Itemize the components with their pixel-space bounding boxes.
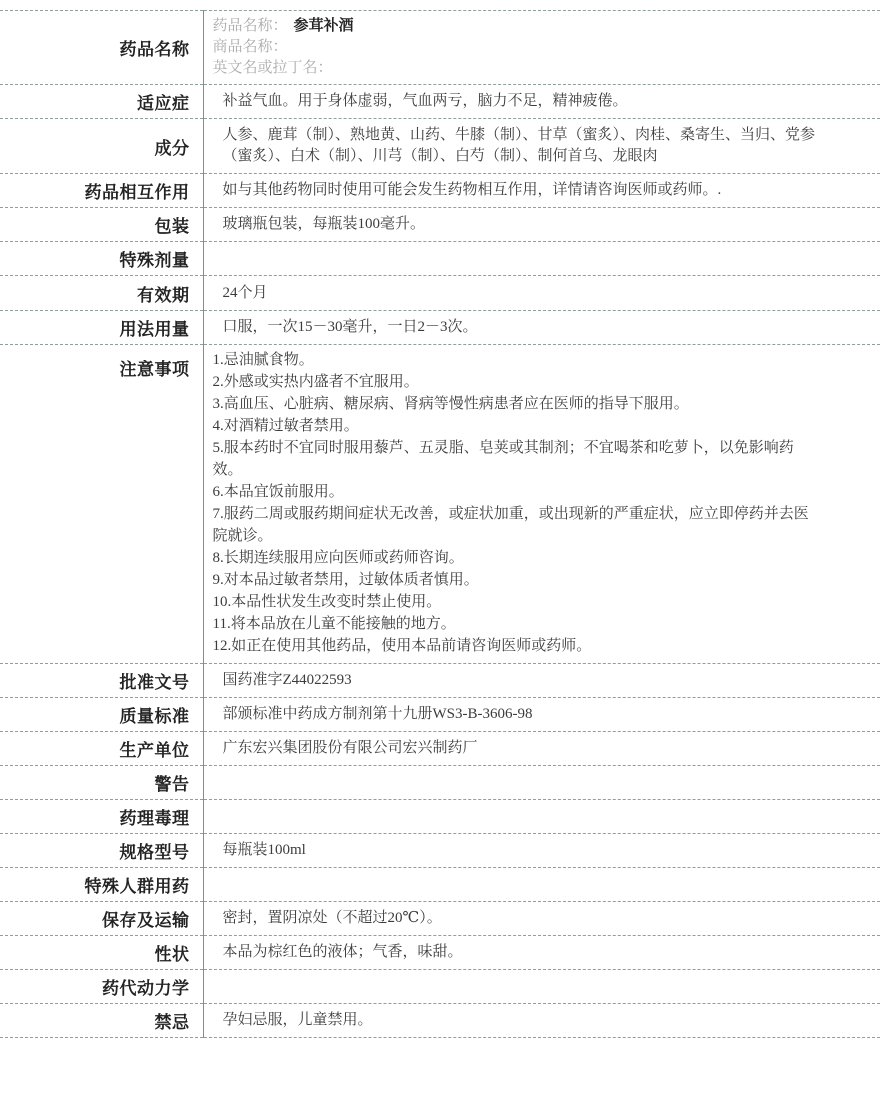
precaution-item: 6.本品宜饭前服用。	[213, 481, 813, 503]
drug-name-value: 药品名称：参茸补酒 商品名称： 英文名或拉丁名：	[203, 11, 880, 85]
precaution-item: 8.长期连续服用应向医师或药师咨询。	[213, 547, 813, 569]
row-storage-transport: 保存及运输 密封，置阴凉处（不超过20℃）。	[0, 902, 880, 936]
row-shelf-life: 有效期 24个月	[0, 276, 880, 311]
row-ingredients: 成分 人参、鹿茸（制）、熟地黄、山药、牛膝（制）、甘草（蜜炙）、肉桂、桑寄生、当…	[0, 119, 880, 174]
row-quality-standard: 质量标准 部颁标准中药成方制剂第十九册WS3-B-3606-98	[0, 698, 880, 732]
ingredients-label: 成分	[0, 119, 203, 174]
specification-label: 规格型号	[0, 834, 203, 868]
row-packaging: 包装 玻璃瓶包装，每瓶装100毫升。	[0, 208, 880, 242]
packaging-label: 包装	[0, 208, 203, 242]
row-drug-name: 药品名称 药品名称：参茸补酒 商品名称： 英文名或拉丁名：	[0, 11, 880, 85]
latin-name-text	[333, 60, 339, 76]
indications-value: 补益气血。用于身体虚弱，气血两亏，脑力不足，精神疲倦。	[203, 85, 880, 119]
warning-label: 警告	[0, 766, 203, 800]
row-manufacturer: 生产单位 广东宏兴集团股份有限公司宏兴制药厂	[0, 732, 880, 766]
precaution-item: 2.外感或实热内盛者不宜服用。	[213, 371, 813, 393]
properties-value: 本品为棕红色的液体；气香，味甜。	[203, 936, 880, 970]
quality-standard-value: 部颁标准中药成方制剂第十九册WS3-B-3606-98	[203, 698, 880, 732]
pharmacokinetics-label: 药代动力学	[0, 970, 203, 1004]
shelf-life-value: 24个月	[203, 276, 880, 311]
row-specification: 规格型号 每瓶装100ml	[0, 834, 880, 868]
row-contraindications: 禁忌 孕妇忌服，儿童禁用。	[0, 1004, 880, 1038]
row-special-populations: 特殊人群用药	[0, 868, 880, 902]
precaution-item: 5.服本药时不宜同时服用藜芦、五灵脂、皂荚或其制剂；不宜喝茶和吃萝卜，以免影响药…	[213, 437, 813, 481]
row-dosage-usage: 用法用量 口服，一次15－30毫升，一日2－3次。	[0, 311, 880, 345]
storage-transport-label: 保存及运输	[0, 902, 203, 936]
contraindications-label: 禁忌	[0, 1004, 203, 1038]
specification-value: 每瓶装100ml	[203, 834, 880, 868]
drug-interactions-label: 药品相互作用	[0, 174, 203, 208]
row-indications: 适应症 补益气血。用于身体虚弱，气血两亏，脑力不足，精神疲倦。	[0, 85, 880, 119]
approval-number-value: 国药准字Z44022593	[203, 664, 880, 698]
pharmacology-toxicology-label: 药理毒理	[0, 800, 203, 834]
row-special-dosage: 特殊剂量	[0, 242, 880, 276]
trade-name-text	[288, 39, 294, 55]
generic-name-sublabel: 药品名称：	[213, 18, 288, 34]
special-dosage-label: 特殊剂量	[0, 242, 203, 276]
drug-name-label: 药品名称	[0, 11, 203, 85]
shelf-life-label: 有效期	[0, 276, 203, 311]
precaution-item: 3.高血压、心脏病、糖尿病、肾病等慢性病患者应在医师的指导下服用。	[213, 393, 813, 415]
quality-standard-label: 质量标准	[0, 698, 203, 732]
generic-name-field: 药品名称：参茸补酒	[213, 16, 873, 37]
row-precautions: 注意事项 1.忌油腻食物。 2.外感或实热内盛者不宜服用。 3.高血压、心脏病、…	[0, 345, 880, 664]
precaution-item: 12.如正在使用其他药品，使用本品前请咨询医师或药师。	[213, 635, 813, 657]
special-dosage-value	[203, 242, 880, 276]
precaution-item: 7.服药二周或服药期间症状无改善，或症状加重，或出现新的严重症状，应立即停药并去…	[213, 503, 813, 547]
row-approval-number: 批准文号 国药准字Z44022593	[0, 664, 880, 698]
manufacturer-value: 广东宏兴集团股份有限公司宏兴制药厂	[203, 732, 880, 766]
row-pharmacokinetics: 药代动力学	[0, 970, 880, 1004]
precaution-item: 4.对酒精过敏者禁用。	[213, 415, 813, 437]
dosage-usage-value: 口服，一次15－30毫升，一日2－3次。	[203, 311, 880, 345]
row-properties: 性状 本品为棕红色的液体；气香，味甜。	[0, 936, 880, 970]
storage-transport-value: 密封，置阴凉处（不超过20℃）。	[203, 902, 880, 936]
latin-name-field: 英文名或拉丁名：	[213, 58, 873, 79]
precaution-item: 10.本品性状发生改变时禁止使用。	[213, 591, 813, 613]
trade-name-field: 商品名称：	[213, 37, 873, 58]
drug-info-page: 药品名称 药品名称：参茸补酒 商品名称： 英文名或拉丁名： 适应症 补益气血。用…	[0, 0, 880, 1120]
dosage-usage-label: 用法用量	[0, 311, 203, 345]
generic-name-text: 参茸补酒	[288, 18, 354, 34]
warning-value	[203, 766, 880, 800]
drug-interactions-value: 如与其他药物同时使用可能会发生药物相互作用，详情请咨询医师或药师。.	[203, 174, 880, 208]
row-pharmacology-toxicology: 药理毒理	[0, 800, 880, 834]
pharmacokinetics-value	[203, 970, 880, 1004]
contraindications-value: 孕妇忌服，儿童禁用。	[203, 1004, 880, 1038]
ingredients-value: 人参、鹿茸（制）、熟地黄、山药、牛膝（制）、甘草（蜜炙）、肉桂、桑寄生、当归、党…	[203, 119, 880, 174]
row-drug-interactions: 药品相互作用 如与其他药物同时使用可能会发生药物相互作用，详情请咨询医师或药师。…	[0, 174, 880, 208]
row-warning: 警告	[0, 766, 880, 800]
pharmacology-toxicology-value	[203, 800, 880, 834]
manufacturer-label: 生产单位	[0, 732, 203, 766]
precautions-label: 注意事项	[0, 345, 203, 664]
latin-name-sublabel: 英文名或拉丁名：	[213, 60, 333, 76]
precaution-item: 11.将本品放在儿童不能接触的地方。	[213, 613, 813, 635]
special-populations-label: 特殊人群用药	[0, 868, 203, 902]
precaution-item: 9.对本品过敏者禁用，过敏体质者慎用。	[213, 569, 813, 591]
precautions-value: 1.忌油腻食物。 2.外感或实热内盛者不宜服用。 3.高血压、心脏病、糖尿病、肾…	[203, 345, 880, 664]
special-populations-value	[203, 868, 880, 902]
packaging-value: 玻璃瓶包装，每瓶装100毫升。	[203, 208, 880, 242]
approval-number-label: 批准文号	[0, 664, 203, 698]
trade-name-sublabel: 商品名称：	[213, 39, 288, 55]
indications-label: 适应症	[0, 85, 203, 119]
precaution-item: 1.忌油腻食物。	[213, 349, 813, 371]
drug-info-table: 药品名称 药品名称：参茸补酒 商品名称： 英文名或拉丁名： 适应症 补益气血。用…	[0, 10, 880, 1038]
properties-label: 性状	[0, 936, 203, 970]
